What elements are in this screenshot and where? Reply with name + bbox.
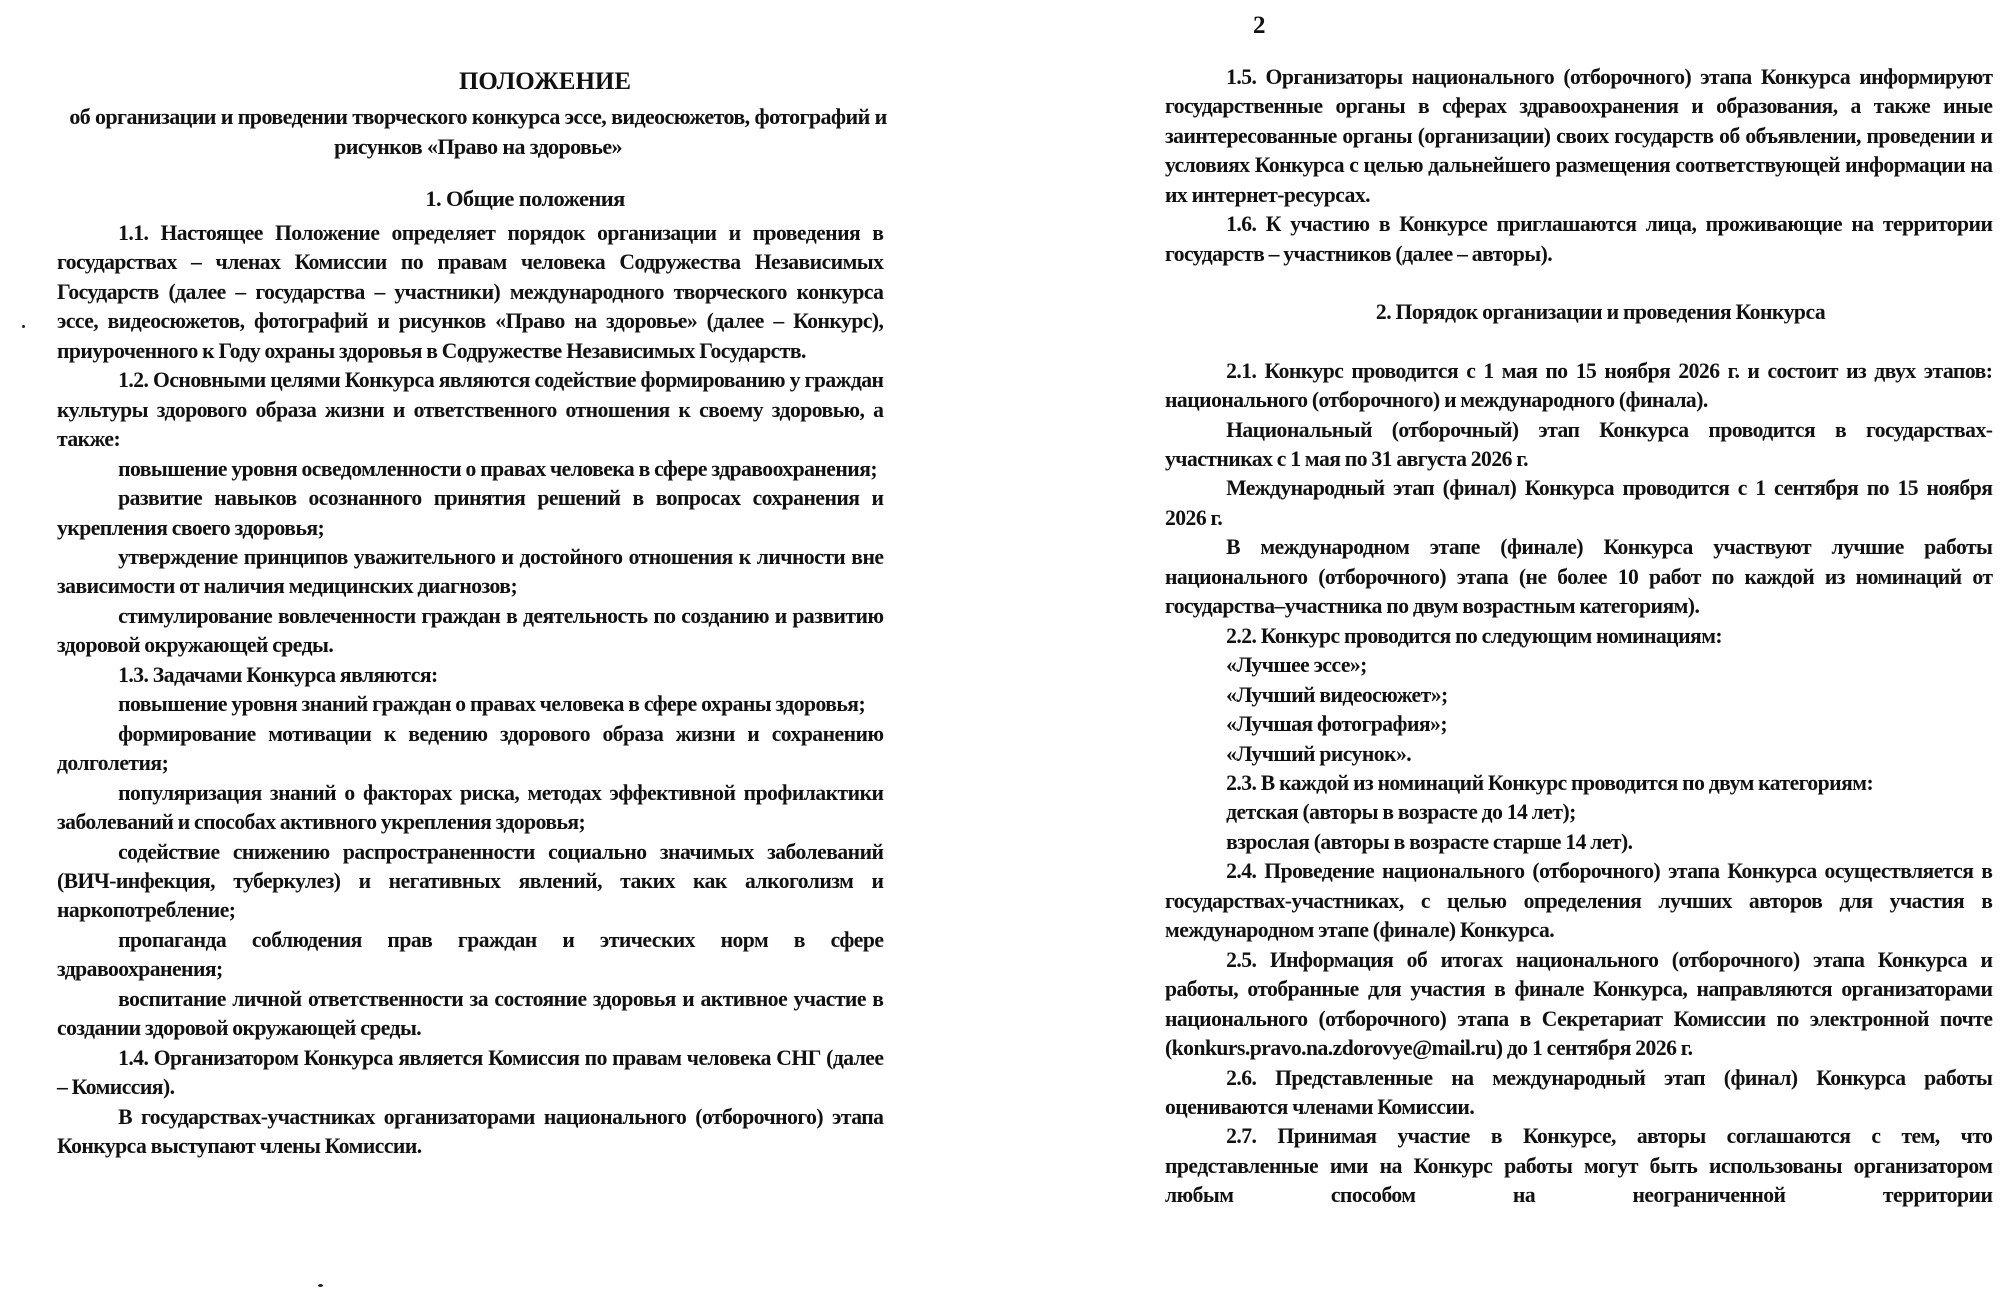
goal-item: стимулирование вовлеченности граждан в д…: [57, 601, 883, 660]
paragraph-1-1: 1.1. Настоящее Положение определяет поря…: [57, 218, 883, 365]
nomination-item: «Лучшее эссе»;: [1165, 650, 1992, 679]
paragraph-2-3: 2.3. В каждой из номинаций Конкурс прово…: [1165, 768, 1992, 797]
paragraph-international-stage: Международный этап (финал) Конкурса пров…: [1165, 473, 1992, 532]
task-item: формирование мотивации к ведению здорово…: [57, 719, 883, 778]
category-item: детская (авторы в возрасте до 14 лет);: [1165, 797, 1992, 826]
section-2-heading: 2. Порядок организации и проведения Конк…: [1165, 297, 1992, 326]
scan-speck: [318, 1284, 323, 1287]
paragraph-2-1: 2.1. Конкурс проводится с 1 мая по 15 но…: [1165, 356, 1992, 415]
paragraph-1-2: 1.2. Основными целями Конкурса являются …: [57, 365, 883, 453]
task-item: повышение уровня знаний граждан о правах…: [57, 689, 883, 718]
task-item: содействие снижению распространенности с…: [57, 837, 883, 925]
paragraph-2-2: 2.2. Конкурс проводится по следующим ном…: [1165, 621, 1992, 650]
task-item: пропаганда соблюдения прав граждан и эти…: [57, 925, 883, 984]
section-1-heading: 1. Общие положения: [25, 186, 1025, 212]
paragraph-1-4: 1.4. Организатором Конкурса является Ком…: [57, 1043, 883, 1102]
document-subtitle: об организации и проведении творческого …: [28, 102, 928, 162]
page-number: 2: [1253, 12, 1263, 40]
goal-item: развитие навыков осознанного принятия ре…: [57, 483, 883, 542]
left-page: ПОЛОЖЕНИЕ об организации и проведении тв…: [0, 0, 1000, 1312]
goal-item: повышение уровня осведомленности о права…: [57, 454, 883, 483]
right-column: 1.5. Организаторы национального (отбороч…: [1165, 62, 1992, 1210]
paragraph-2-4: 2.4. Проведение национального (отборочно…: [1165, 856, 1992, 944]
nomination-item: «Лучший рисунок».: [1165, 739, 1992, 768]
paragraph-2-7: 2.7. Принимая участие в Конкурсе, авторы…: [1165, 1121, 1992, 1209]
paragraph-1-5: 1.5. Организаторы национального (отбороч…: [1165, 62, 1992, 209]
left-column: 1.1. Настоящее Положение определяет поря…: [57, 218, 883, 1161]
category-item: взрослая (авторы в возрасте старше 14 ле…: [1165, 827, 1992, 856]
paragraph-finalists: В международном этапе (финале) Конкурса …: [1165, 532, 1992, 620]
right-page: 2 1.5. Организаторы национального (отбор…: [1000, 0, 2000, 1312]
nomination-item: «Лучший видеосюжет»;: [1165, 680, 1992, 709]
nomination-item: «Лучшая фотография»;: [1165, 709, 1992, 738]
scan-speck: [22, 325, 25, 328]
paragraph-1-6: 1.6. К участию в Конкурсе приглашаются л…: [1165, 209, 1992, 268]
task-item: воспитание личной ответственности за сос…: [57, 984, 883, 1043]
document-title: ПОЛОЖЕНИЕ: [45, 68, 1045, 96]
paragraph-2-6: 2.6. Представленные на международный эта…: [1165, 1063, 1992, 1122]
paragraph-organizers: В государствах-участниках организаторами…: [57, 1102, 883, 1161]
paragraph-national-stage: Национальный (отборочный) этап Конкурса …: [1165, 415, 1992, 474]
paragraph-2-5: 2.5. Информация об итогах национального …: [1165, 945, 1992, 1063]
paragraph-1-3: 1.3. Задачами Конкурса являются:: [57, 660, 883, 689]
goal-item: утверждение принципов уважительного и до…: [57, 542, 883, 601]
task-item: популяризация знаний о факторах риска, м…: [57, 778, 883, 837]
